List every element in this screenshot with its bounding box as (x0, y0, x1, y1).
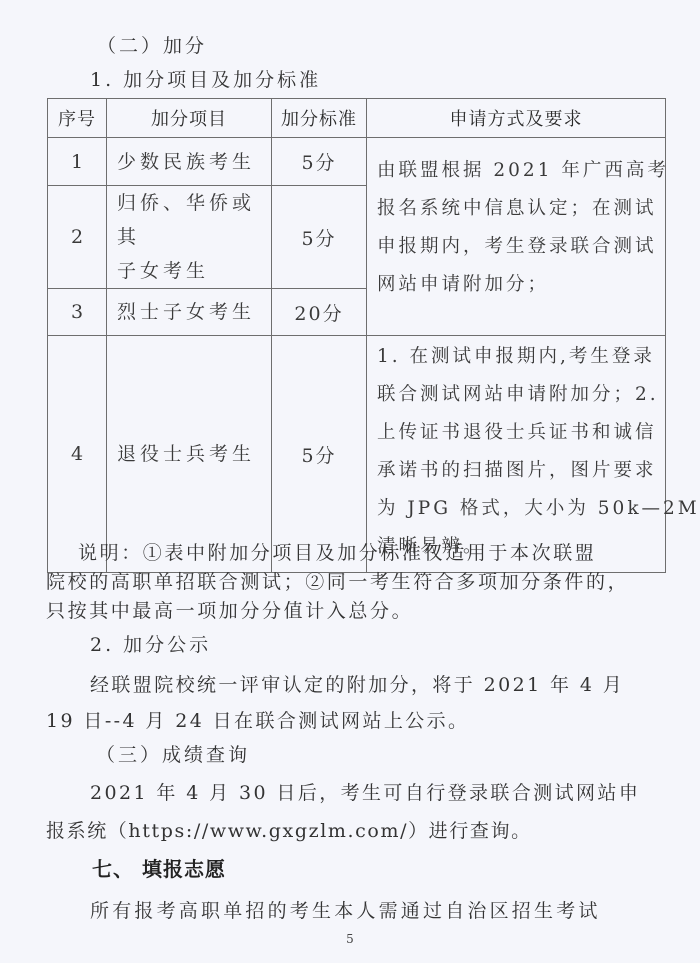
method-line: 报名系统中信息认定；在测试 (377, 190, 659, 228)
row-item: 烈士子女考生 (107, 289, 272, 336)
row-item-line: 归侨、华侨或其 (117, 186, 271, 254)
header-score: 加分标准 (272, 99, 367, 138)
row-score: 5分 (272, 186, 367, 289)
method-line: 承诺书的扫描图片，图片要求 (377, 452, 659, 490)
note-line: 院校的高职单招联合测试；②同一考生符合多项加分条件的， (46, 570, 629, 594)
score-query-line: 2021 年 4 月 30 日后，考生可自行登录联合测试网站申 (90, 781, 640, 805)
score-query-title: （三）成绩查询 (96, 743, 250, 767)
header-no: 序号 (48, 99, 107, 138)
document-page: （二）加分 1. 加分项目及加分标准 序号 加分项目 加分标准 申请方式及要求 … (0, 0, 700, 963)
item1-title: 1. 加分项目及加分标准 (90, 68, 321, 92)
publicity-title: 2. 加分公示 (90, 633, 211, 657)
row-no: 4 (48, 336, 107, 573)
note-line: 只按其中最高一项加分分值计入总分。 (46, 599, 413, 623)
publicity-line: 经联盟院校统一评审认定的附加分，将于 2021 年 4 月 (90, 673, 624, 697)
method-line: 上传证书退役士兵证书和诚信 (377, 414, 659, 452)
method-line: 由联盟根据 2021 年广西高考 (377, 152, 659, 190)
note-line: 说明：①表中附加分项目及加分标准仅适用于本次联盟 (78, 541, 596, 565)
row-item: 归侨、华侨或其 子女考生 (107, 186, 272, 289)
row-no: 1 (48, 138, 107, 186)
header-item: 加分项目 (107, 99, 272, 138)
table-row: 1 少数民族考生 5分 由联盟根据 2021 年广西高考 报名系统中信息认定；在… (48, 138, 666, 186)
score-query-line: 报系统（https://www.gxgzlm.com/）进行查询。 (46, 819, 532, 843)
row-method-shared: 由联盟根据 2021 年广西高考 报名系统中信息认定；在测试 申报期内，考生登录… (367, 138, 666, 336)
row-item-line: 子女考生 (117, 254, 271, 288)
method-line: 为 JPG 格式，大小为 50k—2M, (377, 490, 659, 528)
bonus-points-table: 序号 加分项目 加分标准 申请方式及要求 1 少数民族考生 5分 由联盟根据 2… (47, 98, 666, 573)
section7-title: 七、 填报志愿 (92, 857, 226, 881)
row-method: 1. 在测试申报期内,考生登录 联合测试网站申请附加分；2. 上传证书退役士兵证… (367, 336, 666, 573)
method-line: 1. 在测试申报期内,考生登录 (377, 338, 659, 376)
row-item: 少数民族考生 (107, 138, 272, 186)
table-row: 4 退役士兵考生 5分 1. 在测试申报期内,考生登录 联合测试网站申请附加分；… (48, 336, 666, 573)
row-no: 3 (48, 289, 107, 336)
row-no: 2 (48, 186, 107, 289)
row-score: 20分 (272, 289, 367, 336)
section7-line: 所有报考高职单招的考生本人需通过自治区招生考试 (90, 899, 601, 923)
method-line: 联合测试网站申请附加分；2. (377, 376, 659, 414)
table-header-row: 序号 加分项目 加分标准 申请方式及要求 (48, 99, 666, 138)
page-number: 5 (0, 932, 700, 946)
row-item: 退役士兵考生 (107, 336, 272, 573)
method-line: 申报期内，考生登录联合测试 (377, 228, 659, 266)
publicity-line: 19 日--4 月 24 日在联合测试网站上公示。 (46, 709, 469, 733)
header-method: 申请方式及要求 (367, 99, 666, 138)
subheading-bonus: （二）加分 (97, 34, 207, 58)
row-score: 5分 (272, 336, 367, 573)
row-score: 5分 (272, 138, 367, 186)
method-line: 网站申请附加分； (377, 266, 659, 304)
